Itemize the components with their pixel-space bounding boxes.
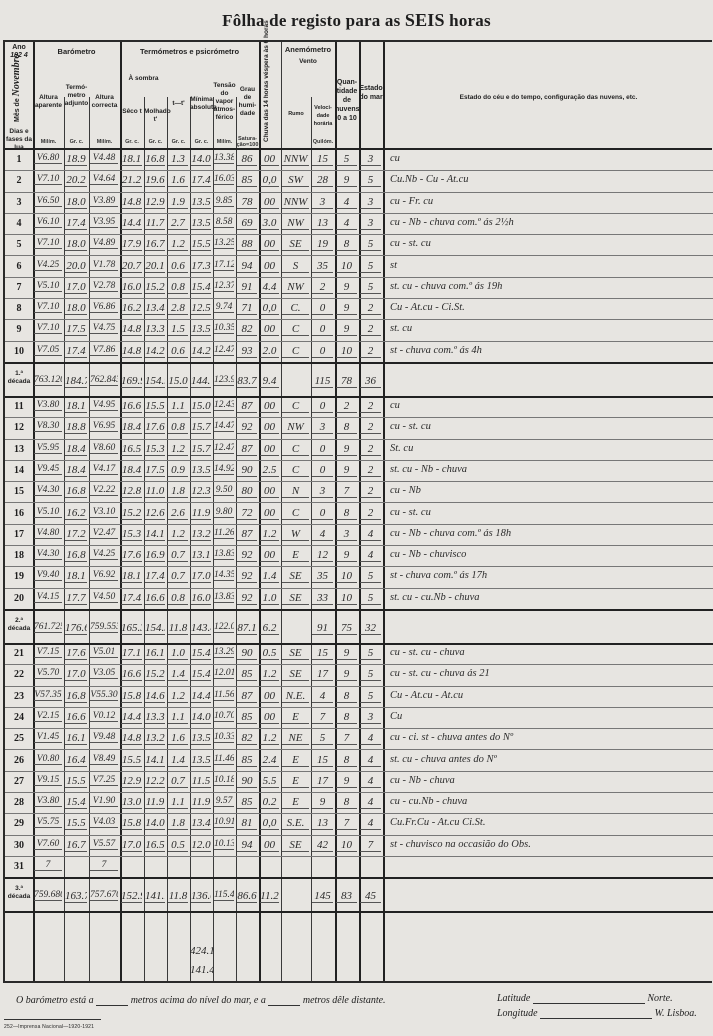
cell-alt: V7.10	[34, 323, 62, 334]
cell-diff: 1.3	[168, 153, 188, 166]
cell-alt: V7.05	[34, 345, 62, 356]
cell-rumo: NW	[282, 421, 309, 434]
cell-diff: 1.9	[168, 196, 188, 209]
cell-vel: 13	[312, 217, 333, 230]
table-row: 4V6.1017.4V3.9514.411.72.713.58.58693.0N…	[5, 214, 713, 235]
cell-rumo: NNW	[282, 196, 309, 209]
cell-seco: 14.4	[121, 711, 142, 724]
cell-mar: 4	[360, 775, 381, 788]
observation-text: Cu	[390, 711, 402, 722]
cell-alt: V6.50	[34, 196, 62, 207]
cell-min: 13.5	[191, 196, 211, 209]
cell-seco: 13.0	[121, 796, 142, 809]
day-number: 3	[5, 197, 33, 208]
cell-mar: 5	[360, 647, 381, 660]
cell-diff: 1.0	[168, 647, 188, 660]
cell-mar: 2	[360, 464, 381, 477]
cell-corr: V4.89	[90, 238, 118, 249]
cell-corr: V5.01	[90, 647, 118, 658]
cell-chuva: 1.2	[260, 528, 279, 541]
page-title: Fôlha de registo para as SEIS horas	[0, 10, 713, 31]
cell-hum: 86	[237, 153, 257, 166]
altitude-blank[interactable]	[96, 1005, 128, 1006]
cell-rumo: N	[282, 485, 309, 498]
cell-vel: 28	[312, 174, 333, 187]
cell-rumo: S	[282, 260, 309, 273]
cell-molh: 17.6	[145, 421, 165, 434]
day-number: 18	[5, 550, 33, 561]
cell-molh: 16.9	[145, 549, 165, 562]
cell-molh: 15.5	[145, 400, 165, 413]
cell-seco: 165.3	[121, 622, 142, 635]
table-row: 25V1.4516.1V9.4814.813.21.613.510.33821.…	[5, 729, 713, 750]
cell-min: 14.0	[191, 711, 211, 724]
cell-nuv: 9	[336, 464, 357, 477]
cell-hum: 82	[237, 732, 257, 745]
extra-total: 141.4	[190, 964, 213, 976]
cell-molh: 14.6	[145, 690, 165, 703]
decade-summary-row: 2.ª década761.725176.6759.553165.3154.51…	[5, 610, 713, 644]
cell-nuv: 2	[336, 400, 357, 413]
cell-diff: 15.0	[168, 375, 188, 388]
imprint: 252—Imprensa Nacional—1920-1921	[4, 1024, 94, 1030]
cell-diff: 0.9	[168, 464, 188, 477]
cell-term: 16.4	[65, 754, 87, 767]
cell-min: 17.3	[191, 260, 211, 273]
observation-text: Cu - At.cu - At.cu	[390, 690, 463, 701]
table-row: 15V4.3016.8V2.2212.811.01.812.39.508000N…	[5, 482, 713, 503]
cell-rumo: C	[282, 443, 309, 456]
cell-nuv: 9	[336, 443, 357, 456]
cell-min: 13.5	[191, 754, 211, 767]
cell-min: 15.4	[191, 647, 211, 660]
latitude-blank[interactable]	[533, 1003, 645, 1004]
cell-nuv: 4	[336, 196, 357, 209]
cell-rumo: W	[282, 528, 309, 541]
cell-seco: 18.4	[121, 464, 142, 477]
termometro-adjunto-header: Termó-metro adjunto	[64, 84, 89, 108]
day-number: 20	[5, 593, 33, 604]
cell-mar: 4	[360, 796, 381, 809]
unit-label: Milím.	[89, 139, 120, 145]
cell-molh: 14.1	[145, 528, 165, 541]
cell-rumo: NNW	[282, 153, 309, 166]
table-row: 27V9.1515.5V7.2512.912.20.711.510.18905.…	[5, 772, 713, 793]
cell-rumo: SE	[282, 668, 309, 681]
cell-term: 163.7	[65, 890, 87, 903]
cell-rumo: SE	[282, 839, 309, 852]
cell-tens: 11.46	[214, 754, 234, 765]
cell-tens: 13.38	[214, 153, 234, 164]
cell-seco: 17.0	[121, 839, 142, 852]
cell-term: 17.4	[65, 345, 87, 358]
cell-hum: 83.7	[237, 375, 257, 388]
cell-min: 17.0	[191, 570, 211, 583]
cell-min: 11.9	[191, 796, 211, 809]
cell-nuv: 8	[336, 711, 357, 724]
cell-corr: V6.95	[90, 421, 118, 432]
cell-min: 12.0	[191, 839, 211, 852]
distance-blank[interactable]	[268, 1005, 300, 1006]
cell-chuva: 0.5	[260, 647, 279, 660]
observation-text: cu - st. cu	[390, 238, 431, 249]
cell-diff: 11.8	[168, 890, 188, 903]
cell-vel: 3	[312, 421, 333, 434]
cell-corr: V2.22	[90, 485, 118, 496]
cell-tens: 122.08	[214, 622, 234, 633]
table-row: 10V7.0517.4V7.8614.814.20.614.212.47932.…	[5, 342, 713, 363]
table-row: 13V5.9518.4V8.6016.515.31.215.712.478700…	[5, 440, 713, 461]
cell-molh: 17.4	[145, 570, 165, 583]
cell-alt: 759.680	[34, 890, 62, 901]
cell-nuv: 75	[336, 622, 357, 635]
cell-nuv: 10	[336, 260, 357, 273]
observation-text: Cu.Nb - Cu - At.cu	[390, 174, 469, 185]
cell-tens: 17.12	[214, 260, 234, 271]
cell-alt: V5.95	[34, 443, 62, 454]
cell-corr: V5.57	[90, 839, 118, 850]
cell-mar: 4	[360, 817, 381, 830]
cell-mar: 5	[360, 174, 381, 187]
cell-corr: V2.47	[90, 528, 118, 539]
cell-chuva: 0,0	[260, 817, 279, 830]
title-prefix: Fôlha de registo para as	[222, 11, 405, 30]
cell-min: 13.5	[191, 217, 211, 230]
cell-seco: 15.3	[121, 528, 142, 541]
cell-diff: 0.5	[168, 839, 188, 852]
cell-hum: 78	[237, 196, 257, 209]
day-number: 6	[5, 261, 33, 272]
day-number: 2	[5, 175, 33, 186]
table-row: 16V5.1016.2V3.1015.212.62.611.99.807200C…	[5, 504, 713, 525]
cell-chuva: 6.2	[260, 622, 279, 635]
cell-hum: 87	[237, 400, 257, 413]
cell-min: 143.4	[191, 622, 211, 635]
cell-mar: 3	[360, 153, 381, 166]
day-number: 11	[5, 401, 33, 412]
day-number: 17	[5, 529, 33, 540]
cell-nuv: 8	[336, 238, 357, 251]
cell-molh: 11.7	[145, 217, 165, 230]
cell-min: 13.5	[191, 732, 211, 745]
cell-seco: 16.5	[121, 443, 142, 456]
cell-rumo: SW	[282, 174, 309, 187]
cell-nuv: 5	[336, 153, 357, 166]
cell-diff: 1.2	[168, 238, 188, 251]
cell-chuva: 9.4	[260, 375, 279, 388]
cell-corr: 759.553	[90, 622, 118, 633]
cell-vel: 4	[312, 690, 333, 703]
cell-rumo: E	[282, 549, 309, 562]
cell-nuv: 9	[336, 647, 357, 660]
cell-molh: 15.2	[145, 668, 165, 681]
termometros-header: Termómetros e psicrómetro	[120, 48, 259, 56]
cell-nuv: 7	[336, 485, 357, 498]
observation-text: st. cu	[390, 323, 412, 334]
barometer-note: O barómetro está a metros acima do nível…	[16, 995, 386, 1006]
cell-corr: V3.89	[90, 196, 118, 207]
cell-corr: V3.95	[90, 217, 118, 228]
cell-vel: 17	[312, 668, 333, 681]
cell-min: 17.4	[191, 174, 211, 187]
cell-tens: 12.47	[214, 345, 234, 356]
observation-text: Cu.Fr.Cu - At.cu Ci.St.	[390, 817, 485, 828]
cell-seco: 15.8	[121, 690, 142, 703]
cell-seco: 14.8	[121, 732, 142, 745]
cell-diff: 1.6	[168, 174, 188, 187]
cell-chuva: 2.4	[260, 754, 279, 767]
cell-corr: V4.48	[90, 153, 118, 164]
cell-alt: V5.70	[34, 668, 62, 679]
cell-seco: 18.4	[121, 421, 142, 434]
cell-tens: 11.56	[214, 690, 234, 701]
day-number: 13	[5, 444, 33, 455]
divider	[4, 1019, 101, 1020]
cell-tens: 10.70	[214, 711, 234, 722]
cell-mar: 2	[360, 345, 381, 358]
cell-min: 14.2	[191, 345, 211, 358]
unit-label: Quilóm.	[311, 139, 335, 145]
cell-vel: 15	[312, 153, 333, 166]
unit-label: Satura-ção=100	[236, 136, 259, 148]
cell-mar: 4	[360, 528, 381, 541]
cell-mar: 2	[360, 421, 381, 434]
extra-total: 424.1	[190, 945, 213, 957]
chuva-header: Chuva das 14 horas véspera às 6 horas	[263, 20, 270, 142]
table-row: 24V2.1516.6V0.1214.413.31.114.010.708500…	[5, 708, 713, 729]
longitude-line: Longitude W. Lisboa.	[497, 1008, 697, 1019]
cell-min: 11.5	[191, 775, 211, 788]
month-label: Mês de Novembro	[11, 54, 22, 122]
table-row: 3177	[5, 857, 713, 878]
cell-seco: 15.2	[121, 507, 142, 520]
table-row: 7V5.1017.0V2.7816.015.20.815.412.37914.4…	[5, 278, 713, 299]
cell-hum: 85	[237, 711, 257, 724]
cell-vel: 42	[312, 839, 333, 852]
cell-rumo: SE	[282, 647, 309, 660]
cell-diff: 1.1	[168, 796, 188, 809]
cell-tens: 10.18	[214, 775, 234, 786]
day-number: 5	[5, 239, 33, 250]
table-row: 18V4.3016.8V4.2517.616.90.713.113.839200…	[5, 546, 713, 567]
cell-vel: 33	[312, 592, 333, 605]
cell-tens: 14.92	[214, 464, 234, 475]
cell-min: 13.4	[191, 817, 211, 830]
longitude-blank[interactable]	[540, 1018, 652, 1019]
cell-diff: 2.8	[168, 302, 188, 315]
cell-hum: 90	[237, 647, 257, 660]
cell-term: 18.0	[65, 196, 87, 209]
cell-hum: 87	[237, 528, 257, 541]
cell-rumo: NW	[282, 281, 309, 294]
cell-alt: V3.80	[34, 796, 62, 807]
day-number: 12	[5, 422, 33, 433]
cell-molh: 16.5	[145, 839, 165, 852]
observation-text: st - chuva com.º ás 4h	[390, 345, 482, 356]
cell-vel: 9	[312, 796, 333, 809]
cell-molh: 13.3	[145, 711, 165, 724]
cell-alt: V0.80	[34, 754, 62, 765]
cell-molh: 12.6	[145, 507, 165, 520]
cell-rumo: S.E.	[282, 817, 309, 830]
cell-nuv: 78	[336, 375, 357, 388]
cell-rumo: C	[282, 400, 309, 413]
cell-diff: 2.7	[168, 217, 188, 230]
cell-rumo: NE	[282, 732, 309, 745]
cell-hum: 92	[237, 592, 257, 605]
observation-text: st. cu - chuva com.º ás 19h	[390, 281, 502, 292]
cell-rumo: E	[282, 711, 309, 724]
decade-summary-row: 1.ª década763.120184.7762.843169.9154.91…	[5, 363, 713, 397]
cell-nuv: 9	[336, 549, 357, 562]
cell-chuva: 5.5	[260, 775, 279, 788]
cell-alt: V7.10	[34, 238, 62, 249]
cell-seco: 169.9	[121, 375, 142, 388]
cell-rumo: C	[282, 345, 309, 358]
cell-alt: V4.30	[34, 549, 62, 560]
cell-nuv: 7	[336, 732, 357, 745]
table-row: 9V7.1017.5V4.7514.813.31.513.510.358200C…	[5, 320, 713, 341]
cell-corr: 7	[90, 860, 118, 871]
cell-seco: 16.2	[121, 302, 142, 315]
cell-nuv: 9	[336, 281, 357, 294]
table-row: 8V7.1018.0V6.8616.213.42.812.59.74710,0C…	[5, 299, 713, 320]
cell-term: 15.5	[65, 775, 87, 788]
cell-alt: V57.35	[34, 690, 62, 701]
cell-chuva: 1.2	[260, 732, 279, 745]
observation-text: cu - Nb - chuva com.º ás 2½h	[390, 217, 514, 228]
cell-mar: 5	[360, 570, 381, 583]
diff-header: t—t'	[167, 100, 190, 108]
cell-molh: 13.2	[145, 732, 165, 745]
cell-vel: 35	[312, 260, 333, 273]
cell-tens: 9.74	[214, 302, 234, 313]
anemometro-header: Anemómetro	[281, 46, 335, 54]
cell-tens: 14.35	[214, 570, 234, 581]
cell-chuva: 2.0	[260, 345, 279, 358]
cell-term: 184.7	[65, 375, 87, 388]
cell-diff: 0.8	[168, 592, 188, 605]
cell-seco: 17.1	[121, 647, 142, 660]
cell-term: 16.8	[65, 690, 87, 703]
cell-min: 13.1	[191, 549, 211, 562]
cell-tens: 9.50	[214, 485, 234, 496]
cell-term: 18.9	[65, 153, 87, 166]
cell-chuva: 0,0	[260, 174, 279, 187]
cell-tens: 11.26	[214, 528, 234, 539]
cell-seco: 12.8	[121, 485, 142, 498]
day-number: 27	[5, 776, 33, 787]
cell-corr: V4.50	[90, 592, 118, 603]
observation-text: cu - ci. st - chuva antes do Nº	[390, 732, 513, 743]
cell-alt: V1.45	[34, 732, 62, 743]
cell-tens: 12.01	[214, 668, 234, 679]
cell-term: 16.2	[65, 507, 87, 520]
table-row: 12V8.3018.8V6.9518.417.60.815.714.479200…	[5, 418, 713, 439]
cell-seco: 16.0	[121, 281, 142, 294]
cell-corr: V4.03	[90, 817, 118, 828]
cell-corr: V0.12	[90, 711, 118, 722]
cell-diff: 0.8	[168, 281, 188, 294]
cell-corr: V8.49	[90, 754, 118, 765]
cell-nuv: 9	[336, 323, 357, 336]
cell-corr: 762.843	[90, 375, 118, 386]
day-number: 21	[5, 648, 33, 659]
cell-corr: V4.25	[90, 549, 118, 560]
cell-diff: 1.2	[168, 528, 188, 541]
table-row: 11V3.8018.1V4.9516.615.51.115.012.438700…	[5, 397, 713, 418]
cell-mar: 5	[360, 281, 381, 294]
cell-molh: 141.1	[145, 890, 165, 903]
cell-alt: V4.15	[34, 592, 62, 603]
cell-mar: 32	[360, 622, 381, 635]
vento-header: Vento	[281, 58, 335, 66]
cell-rumo: C	[282, 507, 309, 520]
cell-molh: 20.1	[145, 260, 165, 273]
cell-chuva: 00	[260, 839, 279, 852]
observation-text: cu - Nb	[390, 485, 421, 496]
cell-min: 14.4	[191, 690, 211, 703]
cell-term: 20.2	[65, 174, 87, 187]
cell-seco: 17.9	[121, 238, 142, 251]
cell-diff: 0.7	[168, 570, 188, 583]
cell-seco: 14.4	[121, 217, 142, 230]
observation-text: cu	[390, 153, 400, 164]
cell-tens: 8.58	[214, 217, 234, 228]
cell-corr: V4.75	[90, 323, 118, 334]
cell-diff: 2.6	[168, 507, 188, 520]
cell-corr: V1.78	[90, 260, 118, 271]
cell-term: 16.6	[65, 711, 87, 724]
cell-min: 13.5	[191, 464, 211, 477]
cell-chuva: 1.2	[260, 668, 279, 681]
cell-molh: 14.2	[145, 345, 165, 358]
cell-hum: 81	[237, 817, 257, 830]
cell-tens: 13.83	[214, 592, 234, 603]
cell-mar: 3	[360, 217, 381, 230]
cell-corr: V9.48	[90, 732, 118, 743]
decade-summary-row: 3.ª década759.680163.7757.670152.9141.11…	[5, 878, 713, 912]
cell-corr: V2.78	[90, 281, 118, 292]
cell-hum: 85	[237, 668, 257, 681]
cell-min: 15.7	[191, 443, 211, 456]
cell-chuva: 00	[260, 323, 279, 336]
latitude-line: Latitude Norte.	[497, 993, 673, 1004]
cell-seco: 18.1	[121, 153, 142, 166]
cell-molh: 12.2	[145, 775, 165, 788]
observation-text: st. cu - cu.Nb - chuva	[390, 592, 480, 603]
cell-vel: 3	[312, 196, 333, 209]
day-number: 31	[5, 861, 33, 872]
cell-vel: 0	[312, 507, 333, 520]
cell-alt: V4.30	[34, 485, 62, 496]
cell-rumo: N.E.	[282, 690, 309, 703]
cell-nuv: 3	[336, 528, 357, 541]
day-number: 14	[5, 465, 33, 476]
cell-min: 15.4	[191, 668, 211, 681]
cell-hum: 90	[237, 464, 257, 477]
table-row: 28V3.8015.4V1.9013.011.91.111.99.57850.2…	[5, 793, 713, 814]
cell-vel: 0	[312, 302, 333, 315]
observation-text: cu - st. cu - chuva ás 21	[390, 668, 490, 679]
cell-min: 15.0	[191, 400, 211, 413]
cell-nuv: 9	[336, 668, 357, 681]
cell-chuva: 00	[260, 690, 279, 703]
cell-corr: V4.64	[90, 174, 118, 185]
cell-term: 17.4	[65, 217, 87, 230]
cell-nuv: 8	[336, 421, 357, 434]
cell-mar: 2	[360, 507, 381, 520]
